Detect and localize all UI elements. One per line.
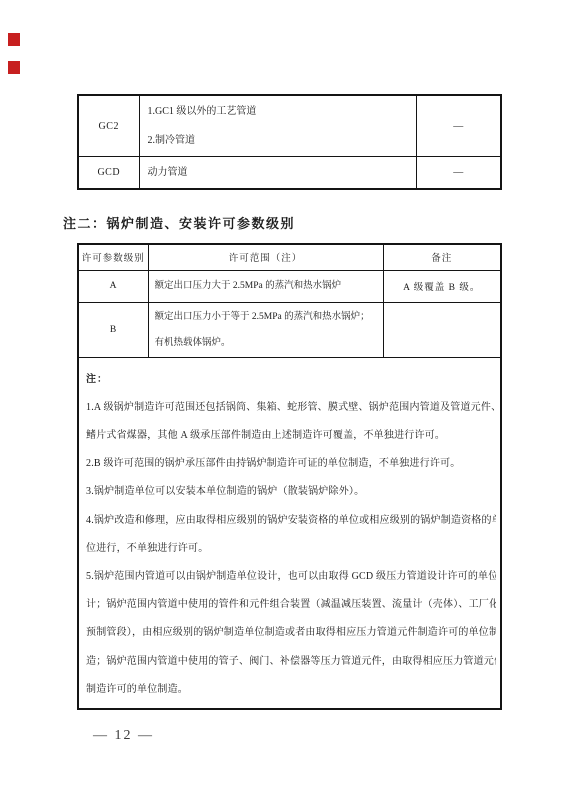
grade-code-cell: GCD [78, 157, 139, 190]
header-remark-cell: 备注 [383, 244, 501, 270]
section-heading: 注二：锅炉制造、安装许可参数级别 [63, 213, 295, 232]
scope-text: 额定出口压力小于等于 2.5MPa 的蒸汽和热水锅炉； 有机热载体锅炉。 [155, 304, 381, 356]
scope-cell: 额定出口压力大于 2.5MPa 的蒸汽和热水锅炉 [148, 270, 383, 302]
red-square-mark-icon [8, 61, 20, 74]
grade-scope-cell: 1.GC1 级以外的工艺管道 2.制冷管道 [139, 95, 416, 157]
level-cell: A [78, 270, 148, 302]
notes-cell: 注： 1.A 级锅炉制造许可范围还包括锅筒、集箱、蛇形管、膜式壁、锅炉范围内管道… [78, 357, 501, 709]
notes-label: 注： [86, 366, 496, 394]
header-scope-cell: 许可范围（注） [148, 244, 383, 270]
piping-grade-table: GC2 1.GC1 级以外的工艺管道 2.制冷管道 — GCD 动力管道 — [77, 94, 502, 190]
table-row: GC2 1.GC1 级以外的工艺管道 2.制冷管道 — [78, 95, 501, 157]
grade-remark-cell: — [416, 157, 501, 190]
grade-scope-text: 动力管道 [148, 158, 415, 187]
red-square-mark-icon [8, 33, 20, 46]
table-header-row: 许可参数级别 许可范围（注） 备注 [78, 244, 501, 270]
page-number: — 12 — [93, 728, 154, 744]
table-row: GCD 动力管道 — [78, 157, 501, 190]
document-page: GC2 1.GC1 级以外的工艺管道 2.制冷管道 — GCD 动力管道 — 注… [0, 0, 572, 807]
notes-body: 1.A 级锅炉制造许可范围还包括锅筒、集箱、蛇形管、膜式壁、锅炉范围内管道及管道… [86, 394, 496, 704]
scope-cell: 额定出口压力小于等于 2.5MPa 的蒸汽和热水锅炉； 有机热载体锅炉。 [148, 302, 383, 357]
level-cell: B [78, 302, 148, 357]
grade-scope-text: 1.GC1 级以外的工艺管道 2.制冷管道 [148, 97, 415, 155]
grade-remark-cell: — [416, 95, 501, 157]
grade-code-cell: GC2 [78, 95, 139, 157]
table-row: A 额定出口压力大于 2.5MPa 的蒸汽和热水锅炉 A 级覆盖 B 级。 [78, 270, 501, 302]
remark-cell: A 级覆盖 B 级。 [383, 270, 501, 302]
boiler-permit-table: 许可参数级别 许可范围（注） 备注 A 额定出口压力大于 2.5MPa 的蒸汽和… [77, 243, 502, 710]
header-level-cell: 许可参数级别 [78, 244, 148, 270]
notes-row: 注： 1.A 级锅炉制造许可范围还包括锅筒、集箱、蛇形管、膜式壁、锅炉范围内管道… [78, 357, 501, 709]
table-row: B 额定出口压力小于等于 2.5MPa 的蒸汽和热水锅炉； 有机热载体锅炉。 [78, 302, 501, 357]
remark-cell [383, 302, 501, 357]
grade-scope-cell: 动力管道 [139, 157, 416, 190]
scope-text: 额定出口压力大于 2.5MPa 的蒸汽和热水锅炉 [155, 273, 381, 299]
